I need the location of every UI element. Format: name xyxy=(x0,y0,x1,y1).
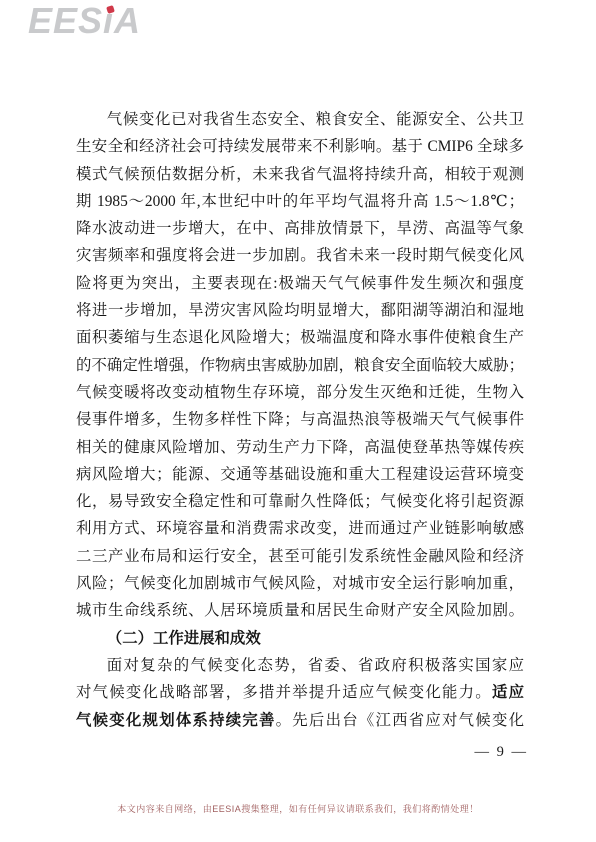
text-segment: 险将更为突出，主要表现在:极端天气气候事件发生频次和强度 xyxy=(76,275,524,292)
text-segment: 侵事件增多，生物多样性下降；与高温热浪等极端天气气候事件 xyxy=(76,411,524,428)
text-segment: 面积萎缩与生态退化风险增大；极端温度和降水事件使粮食生产 xyxy=(76,329,524,346)
page-number: — 9 — xyxy=(475,744,529,761)
text-segment: 面对复杂的气候变化态势，省委、省政府积极落实国家应 xyxy=(107,657,524,674)
text-segment: 的不确定性增强，作物病虫害威胁加剧，粮食安全面临较大威胁； xyxy=(76,357,524,374)
text-line: 生安全和经济社会可持续发展带来不利影响。基于 CMIP6 全球多 xyxy=(76,133,524,160)
text-segment: 模式气候预估数据分析，未来我省气温将持续升高，相较于观测 xyxy=(76,166,524,183)
text-segment: 气候变暖将改变动植物生存环境，部分发生灭绝和迁徙，生物入 xyxy=(76,384,524,401)
document-page: EESiA 气候变化已对我省生态安全、粮食安全、能源安全、公共卫生安全和经济社会… xyxy=(0,0,596,842)
text-line: 面对复杂的气候变化态势，省委、省政府积极落实国家应 xyxy=(76,652,524,679)
text-segment-bold: （二）工作进展和成效 xyxy=(107,630,261,647)
text-line: 对气候变化战略部署，多措并举提升适应气候变化能力。适应 xyxy=(76,679,524,706)
text-segment-bold: 适应 xyxy=(492,684,524,701)
text-line: 期 1985～2000 年,本世纪中叶的年平均气温将升高 1.5～1.8℃； xyxy=(76,188,524,215)
document-body: 气候变化已对我省生态安全、粮食安全、能源安全、公共卫生安全和经济社会可持续发展带… xyxy=(76,106,524,734)
text-line: 相关的健康风险增加、劳动生产力下降，高温使登革热等媒传疾 xyxy=(76,434,524,461)
text-segment: 相关的健康风险增加、劳动生产力下降，高温使登革热等媒传疾 xyxy=(76,439,524,456)
text-segment: 期 1985～2000 年,本世纪中叶的年平均气温将升高 1.5～1.8℃； xyxy=(76,193,524,210)
text-line: 降水波动进一步增大，在中、高排放情景下，旱涝、高温等气象 xyxy=(76,215,524,242)
text-segment: 将进一步增加，旱涝灾害风险均明显增大，鄱阳湖等湖泊和湿地 xyxy=(76,302,524,319)
text-line: 病风险增大；能源、交通等基础设施和重大工程建设运营环境变 xyxy=(76,461,524,488)
text-line: 面积萎缩与生态退化风险增大；极端温度和降水事件使粮食生产 xyxy=(76,324,524,351)
text-line: 城市生命线系统、人居环境质量和居民生命财产安全风险加剧。 xyxy=(76,597,524,624)
text-segment-bold: 气候变化规划体系持续完善 xyxy=(76,712,276,729)
text-line: 侵事件增多，生物多样性下降；与高温热浪等极端天气气候事件 xyxy=(76,406,524,433)
eesia-logo-text: EESiA xyxy=(28,0,141,41)
text-line: 气候变化规划体系持续完善。先后出台《江西省应对气候变化 xyxy=(76,707,524,734)
text-line: 灾害频率和强度将会进一步加剧。我省未来一段时期气候变化风 xyxy=(76,242,524,269)
text-segment: 病风险增大；能源、交通等基础设施和重大工程建设运营环境变 xyxy=(76,466,524,483)
text-segment: 降水波动进一步增大，在中、高排放情景下，旱涝、高温等气象 xyxy=(76,220,524,237)
eesia-logo: EESiA xyxy=(28,0,141,42)
text-line: 气候变暖将改变动植物生存环境，部分发生灭绝和迁徙，生物入 xyxy=(76,379,524,406)
text-segment: 利用方式、环境容量和消费需求改变，进而通过产业链影响敏感 xyxy=(76,520,524,537)
text-segment: 。先后出台《江西省应对气候变化 xyxy=(276,712,524,729)
text-segment: 对气候变化战略部署，多措并举提升适应气候变化能力。 xyxy=(76,684,492,701)
footer-disclaimer: 本文内容来自网络，由EESIA搜集整理，如有任何异议请联系我们，我们将酌情处理！ xyxy=(0,802,596,815)
text-line: 将进一步增加，旱涝灾害风险均明显增大，鄱阳湖等湖泊和湿地 xyxy=(76,297,524,324)
text-line: 化，易导致安全稳定性和可靠耐久性降低；气候变化将引起资源 xyxy=(76,488,524,515)
text-segment: 气候变化已对我省生态安全、粮食安全、能源安全、公共卫 xyxy=(107,111,524,128)
text-segment: 灾害频率和强度将会进一步加剧。我省未来一段时期气候变化风 xyxy=(76,247,524,264)
text-line: 险将更为突出，主要表现在:极端天气气候事件发生频次和强度 xyxy=(76,270,524,297)
text-line: 的不确定性增强，作物病虫害威胁加剧，粮食安全面临较大威胁； xyxy=(76,352,524,379)
text-line: （二）工作进展和成效 xyxy=(76,625,524,652)
text-segment: 风险；气候变化加剧城市气候风险，对城市安全运行影响加重， xyxy=(76,575,524,592)
text-line: 气候变化已对我省生态安全、粮食安全、能源安全、公共卫 xyxy=(76,106,524,133)
text-line: 二三产业布局和运行安全，甚至可能引发系统性金融风险和经济 xyxy=(76,543,524,570)
text-segment: 二三产业布局和运行安全，甚至可能引发系统性金融风险和经济 xyxy=(76,548,524,565)
text-line: 模式气候预估数据分析，未来我省气温将持续升高，相较于观测 xyxy=(76,161,524,188)
text-line: 风险；气候变化加剧城市气候风险，对城市安全运行影响加重， xyxy=(76,570,524,597)
text-segment: 生安全和经济社会可持续发展带来不利影响。基于 CMIP6 全球多 xyxy=(76,138,524,155)
text-line: 利用方式、环境容量和消费需求改变，进而通过产业链影响敏感 xyxy=(76,515,524,542)
text-segment: 城市生命线系统、人居环境质量和居民生命财产安全风险加剧。 xyxy=(76,602,524,619)
text-segment: 化，易导致安全稳定性和可靠耐久性降低；气候变化将引起资源 xyxy=(76,493,524,510)
